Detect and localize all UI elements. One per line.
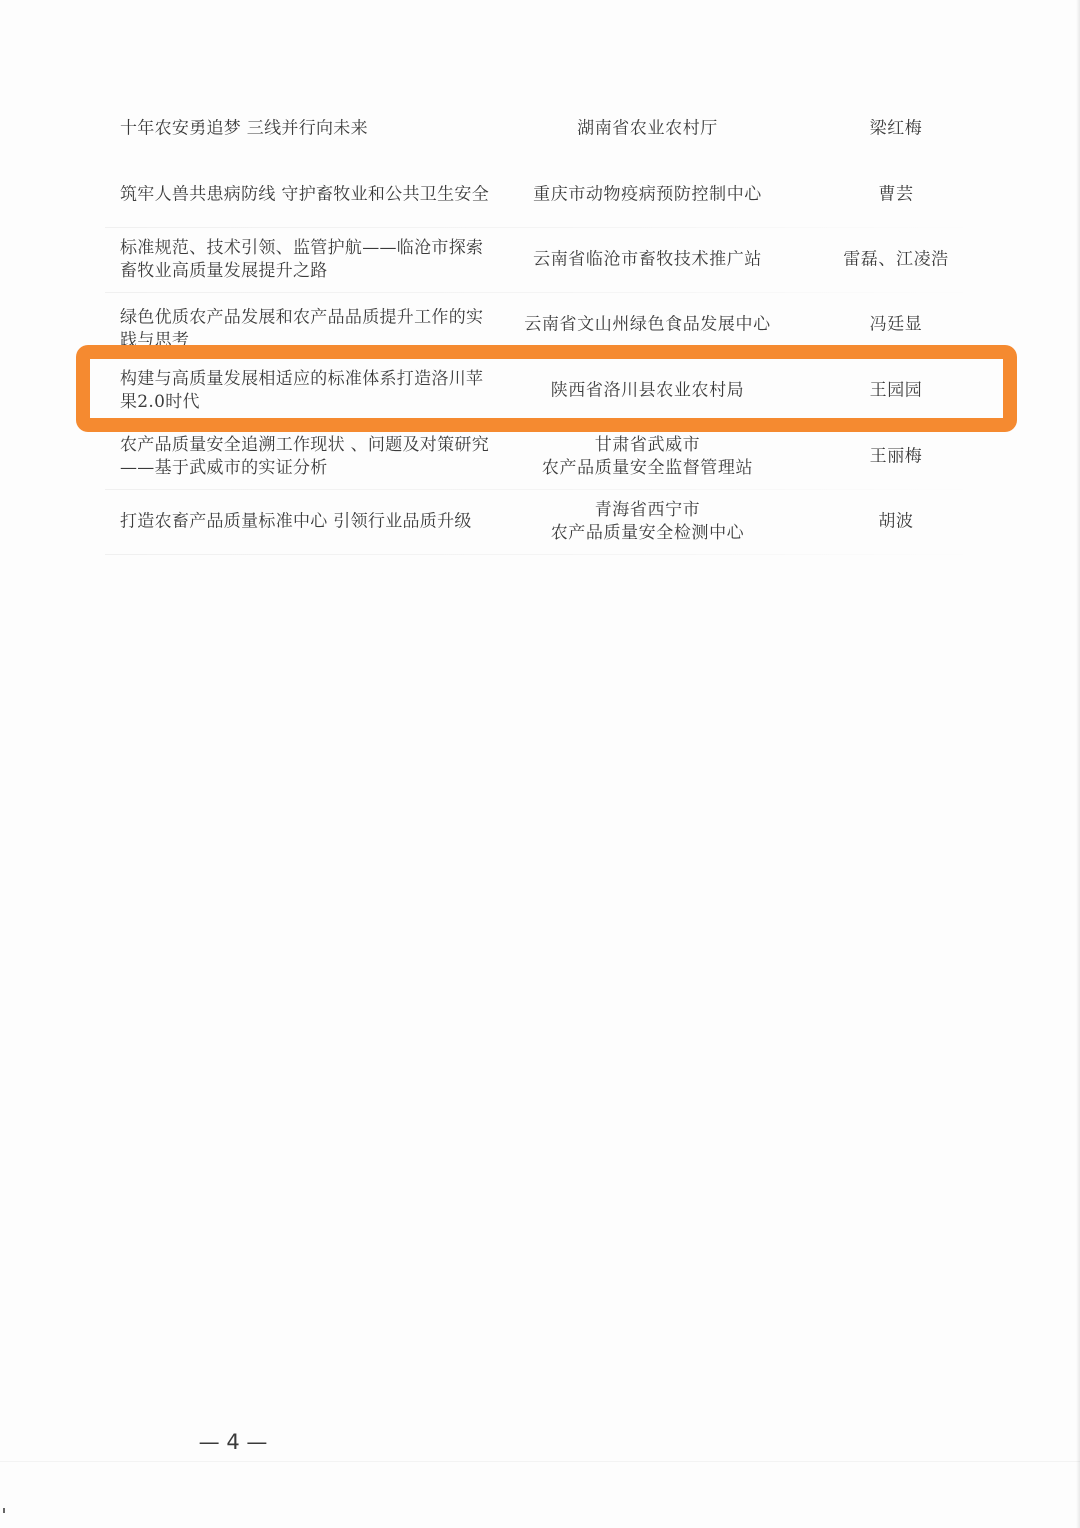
table-row: 筑牢人兽共患病防线 守护畜牧业和公共卫生安全 重庆市动物疫病预防控制中心 曹芸 <box>0 162 1080 228</box>
scan-artifact <box>3 1508 5 1513</box>
page-number: — 4 — <box>188 1430 278 1454</box>
article-title: 标准规范、技术引领、监管护航——临沧市探索畜牧业高质量发展提升之路 <box>120 237 490 283</box>
table-row: 打造农畜产品质量标准中心 引领行业品质升级 青海省西宁市 农产品质量安全检测中心… <box>0 489 1080 555</box>
article-title: 构建与高质量发展相适应的标准体系打造洛川苹果2.0时代 <box>120 368 490 414</box>
article-author: 雷磊、江凌浩 <box>820 249 972 272</box>
table-row: 绿色优质农产品发展和农产品品质提升工作的实践与思考 云南省文山州绿色食品发展中心… <box>0 292 1080 358</box>
article-unit: 云南省文山州绿色食品发展中心 <box>505 314 790 337</box>
article-title: 十年农安勇追梦 三线并行向未来 <box>120 118 490 141</box>
table-row-highlighted: 构建与高质量发展相适应的标准体系打造洛川苹果2.0时代 陕西省洛川县农业农村局 … <box>0 358 1080 424</box>
article-author: 曹芸 <box>820 184 972 207</box>
article-title: 筑牢人兽共患病防线 守护畜牧业和公共卫生安全 <box>120 184 490 207</box>
footer-divider <box>0 1461 1080 1462</box>
article-author: 王丽梅 <box>820 446 972 469</box>
article-title: 绿色优质农产品发展和农产品品质提升工作的实践与思考 <box>120 307 490 353</box>
table-row: 十年农安勇追梦 三线并行向未来 湖南省农业农村厅 梁红梅 <box>0 96 1080 162</box>
article-unit: 青海省西宁市 农产品质量安全检测中心 <box>505 499 790 545</box>
article-author: 梁红梅 <box>820 118 972 141</box>
article-title: 打造农畜产品质量标准中心 引领行业品质升级 <box>120 511 490 534</box>
table-row: 农产品质量安全追溯工作现状 、问题及对策研究——基于武威市的实证分析 甘肃省武威… <box>0 424 1080 490</box>
document-page: 十年农安勇追梦 三线并行向未来 湖南省农业农村厅 梁红梅 筑牢人兽共患病防线 守… <box>0 0 1080 1528</box>
row-divider <box>105 554 985 555</box>
article-unit: 陕西省洛川县农业农村局 <box>505 380 790 403</box>
article-unit: 云南省临沧市畜牧技术推广站 <box>505 249 790 272</box>
table-row: 标准规范、技术引领、监管护航——临沧市探索畜牧业高质量发展提升之路 云南省临沧市… <box>0 227 1080 293</box>
article-author: 胡波 <box>820 511 972 534</box>
scan-edge-shadow <box>1076 0 1080 1528</box>
article-author: 王园园 <box>820 380 972 403</box>
article-unit: 重庆市动物疫病预防控制中心 <box>505 184 790 207</box>
article-unit: 甘肃省武威市 农产品质量安全监督管理站 <box>505 434 790 480</box>
article-title: 农产品质量安全追溯工作现状 、问题及对策研究——基于武威市的实证分析 <box>120 434 490 480</box>
article-unit: 湖南省农业农村厅 <box>505 118 790 141</box>
article-author: 冯廷显 <box>820 314 972 337</box>
